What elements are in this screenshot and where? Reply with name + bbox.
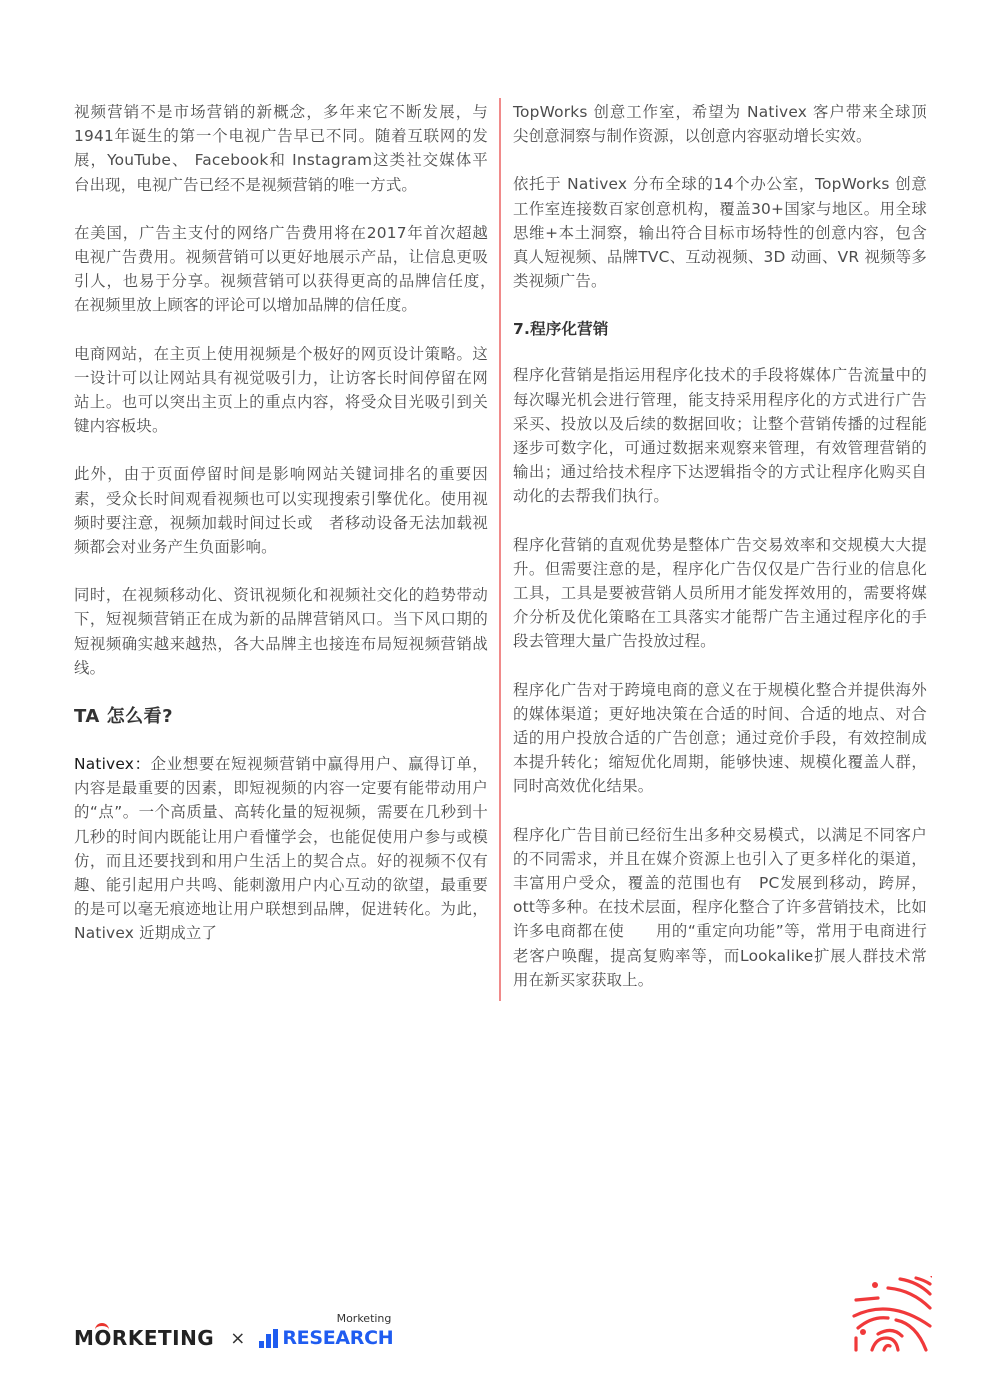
subheading: 7.程序化营销 xyxy=(513,317,927,341)
column-divider xyxy=(499,98,501,1001)
research-wordmark: RESEARCH xyxy=(282,1328,393,1348)
paragraph: 电商网站，在主页上使用视频是个极好的网页设计策略。这一设计可以让网站具有视觉吸引… xyxy=(74,342,488,439)
quote-colon: ： xyxy=(134,755,151,773)
quote-paragraph: Nativex：企业想要在短视频营销中赢得用户、赢得订单，内容是最重要的因素，即… xyxy=(74,752,488,946)
concentric-arcs-icon xyxy=(852,1276,932,1352)
paragraph: 此外，由于页面停留时间是影响网站关键词排名的重要因素，受众长时间观看视频也可以实… xyxy=(74,462,488,559)
paragraph: 依托于 Nativex 分布全球的14个办公室，TopWorks 创意工作室连接… xyxy=(513,172,927,293)
times-separator: × xyxy=(230,1328,245,1349)
paragraph: 同时，在视频移动化、资讯视频化和视频社交化的趋势带动下，短视频营销正在成为新的品… xyxy=(74,583,488,680)
logo-text: M xyxy=(74,1326,94,1350)
paragraph: 在美国，广告主支付的网络广告费用将在2017年首次超越电视广告费用。视频营销可以… xyxy=(74,221,488,318)
left-column: 视频营销不是市场营销的新概念，多年来它不断发展，与1941年诞生的第一个电视广告… xyxy=(74,100,488,970)
paragraph: 程序化营销的直观优势是整体广告交易效率和交规模大大提升。但需要注意的是，程序化广… xyxy=(513,533,927,654)
logo-text: RKETING xyxy=(112,1326,214,1350)
paragraph: 视频营销不是市场营销的新概念，多年来它不断发展，与1941年诞生的第一个电视广告… xyxy=(74,100,488,197)
paragraph: 程序化广告目前已经衍生出多种交易模式，以满足不同客户的不同需求，并且在媒介资源上… xyxy=(513,823,927,992)
bar-chart-icon xyxy=(259,1329,280,1348)
quote-speaker: Nativex xyxy=(74,755,134,773)
logo-o-icon: O xyxy=(94,1326,112,1350)
quote-text: 企业想要在短视频营销中赢得用户、赢得订单，内容是最重要的因素，即短视频的内容一定… xyxy=(74,755,488,942)
research-superscript: Morketing xyxy=(337,1312,392,1325)
paragraph: TopWorks 创意工作室，希望为 Nativex 客户带来全球顶尖创意洞察与… xyxy=(513,100,927,148)
right-column: TopWorks 创意工作室，希望为 Nativex 客户带来全球顶尖创意洞察与… xyxy=(513,100,927,1016)
paragraph: 程序化营销是指运用程序化技术的手段将媒体广告流量中的每次曝光机会进行管理，能支持… xyxy=(513,363,927,508)
morketing-logo: MORKETING xyxy=(74,1326,214,1350)
footer-logos: MORKETING × RESEARCH Morketing xyxy=(74,1318,393,1358)
section-heading: TA 怎么看? xyxy=(74,704,488,730)
paragraph: 程序化广告对于跨境电商的意义在于规模化整合并提供海外的媒体渠道；更好地决策在合适… xyxy=(513,678,927,799)
research-logo: RESEARCH Morketing xyxy=(259,1328,393,1348)
